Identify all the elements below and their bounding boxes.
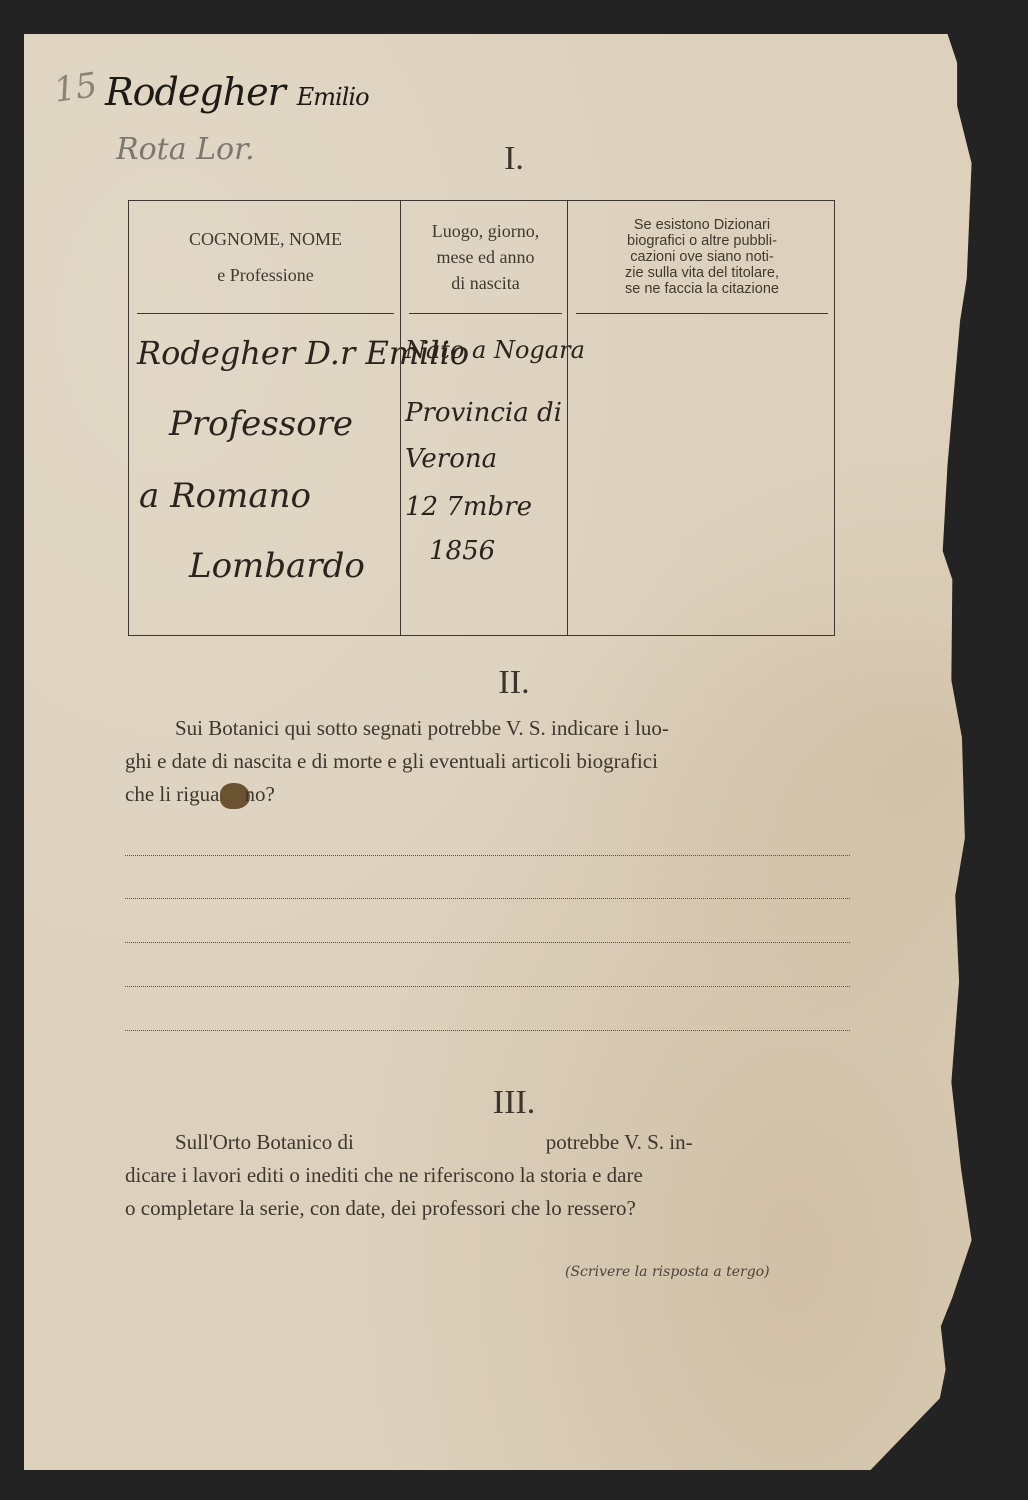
section-2-text: Sui Botanici qui sotto segnati potrebbe …	[125, 712, 841, 811]
handwritten-name-annotation: RodegherEmilio	[105, 70, 369, 114]
section-3-line-1: Sull'Orto Botanico dipotrebbe V. S. in-	[125, 1126, 841, 1159]
biography-table: COGNOME, NOME e Professione Rodegher D.r…	[128, 200, 835, 636]
header-line: Luogo, giorno,	[432, 218, 540, 244]
header-line: biografici o altre pubbli-	[627, 233, 777, 249]
handwritten-place-2: Lombardo	[189, 546, 365, 586]
section-2-line-3: che li riguarno?	[125, 778, 841, 811]
column-citations: Se esistono Dizionari biografici o altre…	[567, 201, 834, 635]
answer-line-2[interactable]	[125, 898, 850, 899]
section-2-heading: II.	[0, 664, 1028, 702]
header-line: COGNOME, NOME	[189, 221, 342, 257]
section-3-text: Sull'Orto Botanico dipotrebbe V. S. in- …	[125, 1126, 841, 1225]
header-line: e Professione	[217, 257, 313, 293]
header-line: cazioni ove siano noti-	[630, 249, 773, 265]
answer-line-5[interactable]	[125, 1030, 850, 1031]
header-line: di nascita	[451, 270, 519, 296]
answer-line-3[interactable]	[125, 942, 850, 943]
text: Sull'Orto Botanico di	[175, 1130, 354, 1154]
header-birth: Luogo, giorno, mese ed anno di nascita	[409, 201, 562, 314]
column-name-profession: COGNOME, NOME e Professione Rodegher D.r…	[129, 201, 400, 635]
column-birth: Luogo, giorno, mese ed anno di nascita N…	[400, 201, 568, 635]
header-line: mese ed anno	[437, 244, 535, 270]
text: che li riguar	[125, 782, 226, 806]
section-3-line-2: dicare i lavori editi o inediti che ne r…	[125, 1159, 841, 1192]
text: no?	[244, 782, 274, 806]
annotation-surname: Rodegher	[105, 70, 285, 114]
cell-name-profession[interactable]: Rodegher D.r Emilio Professore a Romano …	[129, 326, 400, 635]
header-line: zie sulla vita del titolare,	[625, 265, 779, 281]
section-1-heading: I.	[0, 140, 1028, 178]
footnote-write-on-back: (Scrivere la risposta a tergo)	[565, 1264, 770, 1280]
handwritten-province: Provincia di	[405, 398, 562, 428]
handwritten-birthplace: Nato a Nogara	[405, 336, 585, 364]
text: potrebbe V. S. in-	[546, 1130, 693, 1154]
answer-line-1[interactable]	[125, 855, 850, 856]
handwritten-birth-year: 1856	[429, 536, 495, 566]
handwritten-profession: Professore	[169, 404, 353, 444]
handwritten-place: a Romano	[139, 476, 311, 516]
header-citations: Se esistono Dizionari biografici o altre…	[576, 201, 828, 314]
handwritten-city: Verona	[405, 444, 497, 474]
answer-line-4[interactable]	[125, 986, 850, 987]
section-2-line-1: Sui Botanici qui sotto segnati potrebbe …	[125, 712, 841, 745]
section-3-heading: III.	[0, 1084, 1028, 1122]
cell-birth[interactable]: Nato a Nogara Provincia di Verona 12 7mb…	[401, 326, 568, 635]
section-3-line-3: o completare la serie, con date, dei pro…	[125, 1192, 841, 1225]
handwritten-birth-date: 12 7mbre	[405, 492, 532, 522]
archive-number-annotation: 15	[51, 65, 99, 111]
header-line: se ne faccia la citazione	[625, 281, 779, 297]
text: Sui Botanici qui sotto segnati potrebbe …	[175, 716, 669, 740]
header-name-profession: COGNOME, NOME e Professione	[137, 201, 394, 314]
section-2-line-2: ghi e date di nascita e di morte e gli e…	[125, 745, 841, 778]
annotation-firstname: Emilio	[297, 83, 369, 111]
cell-citations[interactable]	[568, 326, 834, 635]
header-line: Se esistono Dizionari	[634, 217, 770, 233]
